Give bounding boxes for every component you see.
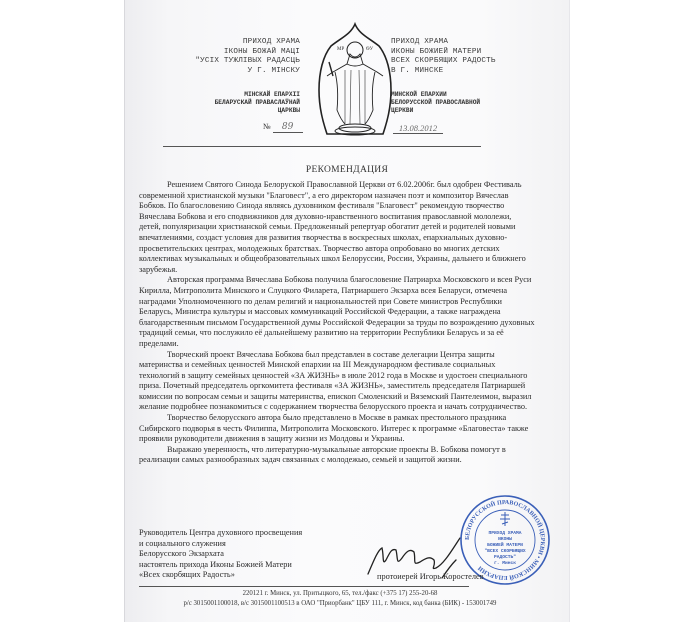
signer-name: протоиерей Игорь Коростелев xyxy=(377,572,484,581)
stamp-line: БОЖИЕЙ МАТЕРИ xyxy=(487,541,523,548)
footer-address: 220121 г. Минск, ул. Притыцкого, 65, тел… xyxy=(125,589,555,599)
header-left-line: ІКОНЫ БОЖАЙ МАЦІ xyxy=(155,48,300,58)
header-divider xyxy=(163,146,481,147)
stamp-line: ИКОНЫ xyxy=(498,536,512,542)
header-left: ПРИХОД ХРАМА ІКОНЫ БОЖАЙ МАЦІ "УСІХ ТУЖЛ… xyxy=(155,38,300,76)
diocese-right-line: ЦЕРКВИ xyxy=(391,107,561,115)
diocese-right: МИНСКОЙ ЕПАРХИИ БЕЛОРУССКОЙ ПРАВОСЛАВНОЙ… xyxy=(391,91,561,115)
header-right-line: ВСЕХ СКОРБЯЩИХ РАДОСТЬ xyxy=(391,57,561,67)
signatory-line: Руководитель Центра духовного просвещени… xyxy=(139,528,302,539)
header-right-line: ПРИХОД ХРАМА xyxy=(391,38,561,48)
document-body: Решением Святого Синода Белоруской Право… xyxy=(139,180,535,466)
diocese-left-line: ЦАРКВЫ xyxy=(155,107,300,115)
diocese-left-line: БЕЛАРУСКАЙ ПРАВАСЛАЎНАЙ xyxy=(155,99,300,107)
paragraph: Выражаю уверенность, что литературно-муз… xyxy=(139,445,535,466)
svg-text:МР: МР xyxy=(337,47,344,52)
footer-divider xyxy=(139,586,469,587)
paragraph: Творчество белорусского автора было пред… xyxy=(139,413,535,445)
paragraph: Решением Святого Синода Белоруской Право… xyxy=(139,180,535,275)
signatory-line: настоятель прихода Иконы Божией Матери xyxy=(139,560,302,571)
number-value: 89 xyxy=(273,122,303,133)
footer-bank-details: р/с 3015001100018, в/с 3015001100513 в О… xyxy=(125,599,555,609)
header-right-line: ИКОНЫ БОЖИЕЙ МАТЕРИ xyxy=(391,48,561,58)
signatory-line: и социального служения xyxy=(139,539,302,550)
stamp-line: ПРИХОД ХРАМА xyxy=(488,530,521,536)
header-left-line: У Г. МІНСКУ xyxy=(155,67,300,77)
header-left-line: "УСІХ ТУЖЛІВЫХ РАДАСЦЬ xyxy=(155,57,300,67)
header-right: ПРИХОД ХРАМА ИКОНЫ БОЖИЕЙ МАТЕРИ ВСЕХ СК… xyxy=(391,38,561,76)
header-right-line: В Г. МИНСКЕ xyxy=(391,67,561,77)
signatory-line: «Всех скорбящих Радость» xyxy=(139,570,302,581)
number-label: № xyxy=(263,122,271,131)
header-left-line: ПРИХОД ХРАМА xyxy=(155,38,300,48)
diocese-right-line: БЕЛОРУССКОЙ ПРАВОСЛАВНОЙ xyxy=(391,99,561,107)
document-footer: 220121 г. Минск, ул. Притыцкого, 65, тел… xyxy=(125,589,555,608)
document-number: № 89 xyxy=(263,122,303,133)
document-title: РЕКОМЕНДАЦИЯ xyxy=(125,165,569,175)
svg-text:ѲУ: ѲУ xyxy=(366,47,374,52)
stamp-line: "ВСЕХ СКОРБЯЩИХ xyxy=(484,548,526,554)
diocese-right-line: МИНСКОЙ ЕПАРХИИ xyxy=(391,91,561,99)
paragraph: Авторская программа Вячеслава Бобкова по… xyxy=(139,275,535,349)
stamp-line: г. Минск xyxy=(494,560,516,566)
diocese-left-line: МІНСКАЙ ЕПАРХІІ xyxy=(155,91,300,99)
signatory-line: Белорусского Экзархата xyxy=(139,549,302,560)
paragraph: Творческий проект Вячеслава Бобкова был … xyxy=(139,350,535,414)
theotokos-icon: МР ѲУ xyxy=(305,20,405,140)
document-date: 13.08.2012 xyxy=(393,123,443,134)
signatory-title: Руководитель Центра духовного просвещени… xyxy=(139,528,302,581)
stamp-line: РАДОСТЬ" xyxy=(494,554,516,560)
diocese-left: МІНСКАЙ ЕПАРХІІ БЕЛАРУСКАЙ ПРАВАСЛАЎНАЙ … xyxy=(155,91,300,115)
document-page: ПРИХОД ХРАМА ІКОНЫ БОЖАЙ МАЦІ "УСІХ ТУЖЛ… xyxy=(124,0,570,622)
